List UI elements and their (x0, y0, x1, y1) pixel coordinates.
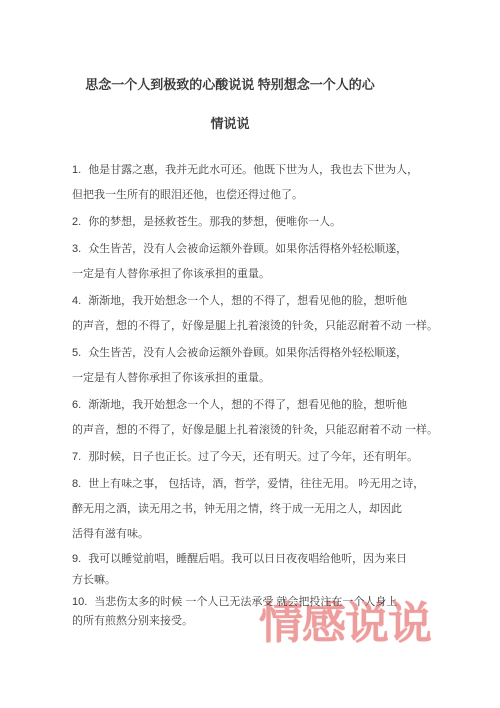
item-number: 7. (72, 451, 81, 463)
item-text: 当悲伤太多的时候 一个人已无法承受 就会把投注在一个人身上的所有煎熬分别来接受。 (72, 596, 397, 627)
item-text: 你的梦想，是拯救苍生。那我的梦想，便唯你一人。 (88, 216, 341, 228)
list-item: 6.渐渐地，我开始想念一个人，想的不得了，想看见他的脸，想听他的声音，想的不得了… (72, 393, 454, 443)
item-number: 10. (72, 596, 87, 608)
item-number: 4. (72, 295, 81, 307)
item-number: 8. (72, 478, 81, 490)
item-text: 众生皆苦，没有人会被命运额外眷顾。如果你活得格外轻松顺遂，一定是有人替你承担了你… (72, 347, 407, 384)
list-item: 1.他是甘露之惠，我并无此水可还。他既下世为人，我也去下世为人，但把我一生所有的… (72, 158, 454, 208)
item-number: 6. (72, 399, 81, 411)
item-text: 世上有味之事， 包括诗，酒，哲学，爱情，往往无用。 吟无用之诗，醉无用之酒，读无… (72, 478, 424, 540)
page-title: 思念一个人到极致的心酸说说 特别想念一个人的心 情说说 (70, 65, 390, 143)
list-item: 9.我可以睡觉前唱，睡醒后唱。我可以日日夜夜唱给他听，因为来日方长嘛。 (72, 549, 454, 591)
list-item: 4.渐渐地，我开始想念一个人，想的不得了，想看见他的脸，想听他的声音，想的不得了… (72, 289, 454, 339)
item-number: 5. (72, 347, 81, 359)
item-text: 渐渐地，我开始想念一个人，想的不得了，想看见他的脸，想听他的声音，想的不得了，好… (72, 295, 438, 332)
list-item: 5.众生皆苦，没有人会被命运额外眷顾。如果你活得格外轻松顺遂，一定是有人替你承担… (72, 341, 454, 391)
item-text: 他是甘露之惠，我并无此水可还。他既下世为人，我也去下世为人，但把我一生所有的眼泪… (72, 164, 418, 201)
list-item: 3.众生皆苦，没有人会被命运额外眷顾。如果你活得格外轻松顺遂，一定是有人替你承担… (72, 237, 454, 287)
item-text: 我可以睡觉前唱，睡醒后唱。我可以日日夜夜唱给他听，因为来日方长嘛。 (72, 553, 407, 586)
page-title-line-2: 情说说 (210, 116, 249, 131)
list-item: 7.那时候，日子也正长。过了今天，还有明天。过了今年，还有明年。 (72, 445, 454, 470)
list-item: 10.当悲伤太多的时候 一个人已无法承受 就会把投注在一个人身上的所有煎熬分别来… (72, 593, 454, 631)
item-number: 1. (72, 164, 81, 176)
item-text: 渐渐地，我开始想念一个人，想的不得了，想看见他的脸，想听他的声音，想的不得了，好… (72, 399, 438, 436)
item-number: 9. (72, 553, 81, 565)
list-item: 8.世上有味之事， 包括诗，酒，哲学，爱情，往往无用。 吟无用之诗，醉无用之酒，… (72, 472, 454, 547)
item-number: 2. (72, 216, 81, 228)
page-title-line-1: 思念一个人到极致的心酸说说 特别想念一个人的心 (85, 77, 375, 92)
list-item: 2.你的梦想，是拯救苍生。那我的梦想，便唯你一人。 (72, 210, 454, 235)
item-text: 众生皆苦，没有人会被命运额外眷顾。如果你活得格外轻松顺遂，一定是有人替你承担了你… (72, 243, 407, 280)
document-page: 情感说说 思念一个人到极致的心酸说说 特别想念一个人的心 情说说 1.他是甘露之… (0, 0, 500, 708)
item-number: 3. (72, 243, 81, 255)
item-list: 1.他是甘露之惠，我并无此水可还。他既下世为人，我也去下世为人，但把我一生所有的… (72, 158, 454, 633)
item-text: 那时候，日子也正长。过了今天，还有明天。过了今年，还有明年。 (88, 451, 418, 463)
